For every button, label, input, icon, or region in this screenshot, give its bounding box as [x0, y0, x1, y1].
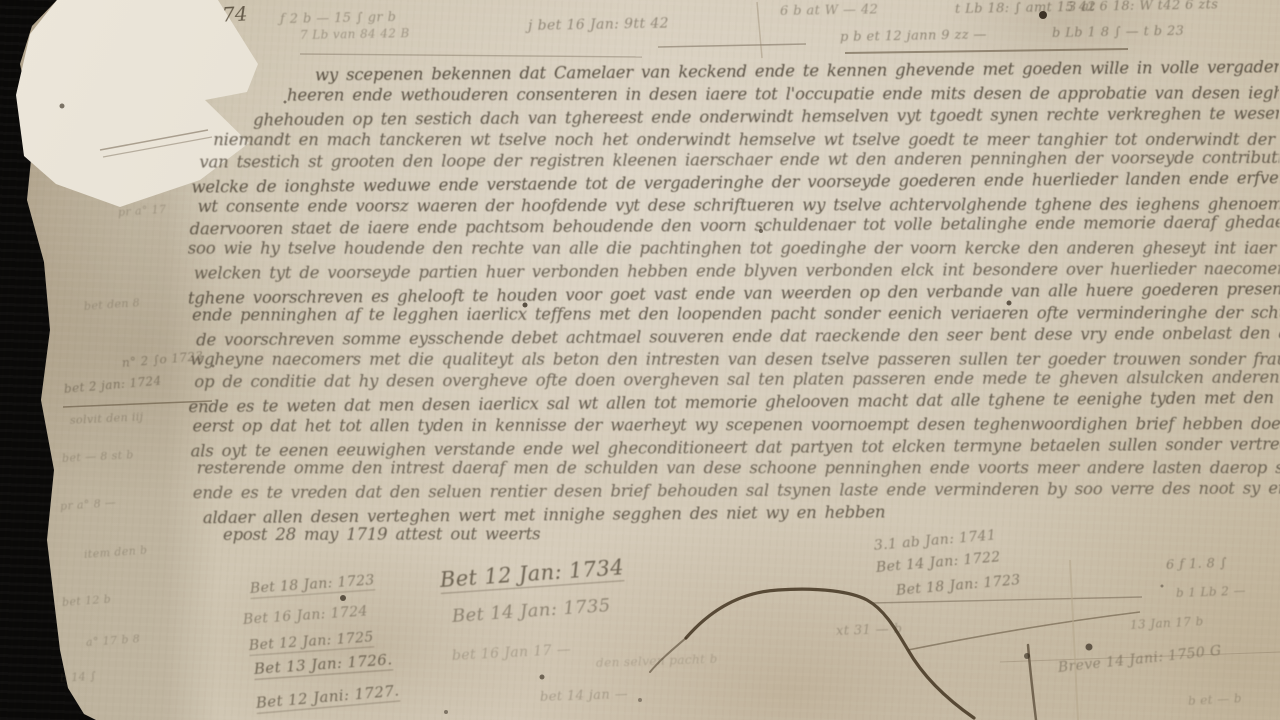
script-line: epost 28 may 1719 attest out weerts	[189, 522, 1280, 546]
script-line: soo wie hy tselve houdende den rechte va…	[188, 238, 1280, 260]
payment-note-bottom-faint: bet 14 jan —	[540, 687, 629, 705]
script-line: ghehouden op ten sestich dach van tghere…	[187, 103, 1279, 132]
top-note-5: 6 b at W — 42	[780, 2, 879, 19]
payment-note-center-small: xt 31 — b	[836, 622, 903, 639]
margin-note-9: b 14 ∫	[60, 669, 97, 684]
bottom-right-note-faint: b et — b	[1188, 691, 1243, 708]
top-note-4: p b et 12 jann 9 zz —	[840, 27, 987, 45]
top-note-2: 7 Lb van 84 42 B	[300, 26, 410, 42]
script-line: de voorschreven somme eysschende debet a…	[188, 322, 1280, 351]
top-note-1: ƒ 2 b — 15 ∫ gr b	[280, 10, 397, 27]
page-number: 74	[221, 1, 248, 26]
top-note-8: b Lb 1 8 ∫ — t b 23	[1052, 24, 1185, 41]
manuscript-photo: wy scepenen bekennen dat Camelaer van ke…	[0, 0, 1280, 720]
script-line: resterende omme den intrest daeraf men d…	[189, 457, 1280, 479]
sum-note-right-1: 6 ƒ 1. 8 ∫	[1166, 556, 1228, 573]
top-note-7: 3 at 6 18: W t42 6 zts	[1068, 0, 1219, 15]
sum-note-right-2: b 1 Lb 2 —	[1176, 584, 1246, 600]
top-note-3: j bet 16 Jan: 9tt 42	[528, 16, 669, 34]
manuscript-body-text: wy scepenen bekennen dat Camelaer van ke…	[187, 60, 1280, 565]
